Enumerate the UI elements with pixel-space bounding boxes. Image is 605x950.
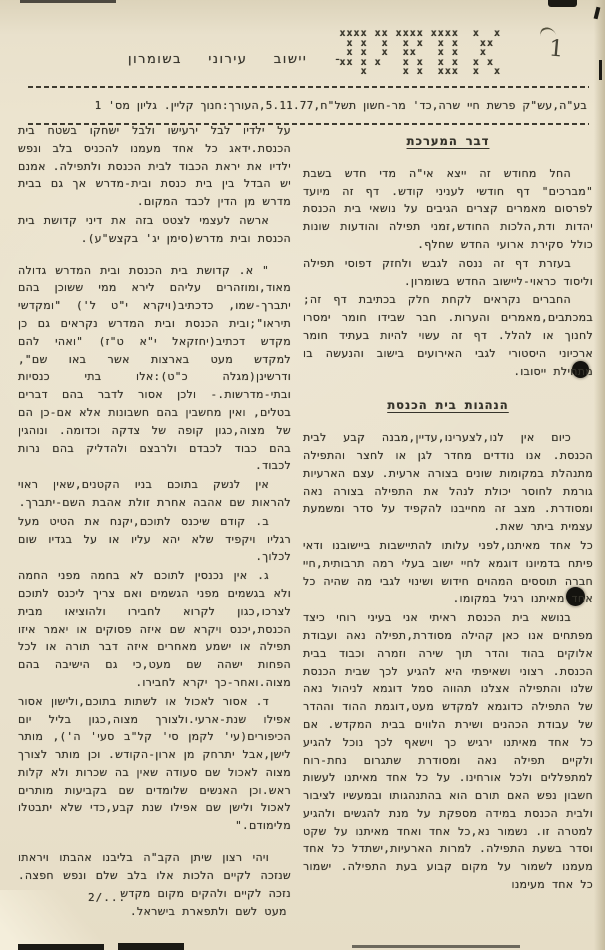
scan-artifact-bottom-line [352, 945, 520, 948]
paragraph-halacha-b: ב. קודם שיכנס לתוכם,יקנח את הטיט מעל רגל… [18, 513, 291, 566]
column-left: על ילדיו לבל ירעישו ולבל ישחקו בשטח בית … [18, 121, 291, 922]
paragraph: החל מחודש זה ייצא אי"ה מדי חדש בשבת "מבר… [303, 165, 593, 254]
masthead-logo-ascii-elkana: xxxx xx xxxx xxxx x x x x x x x x x xx x… [333, 29, 502, 77]
masthead-tagline: - יישוב עירוני בשומרון [128, 52, 343, 67]
paragraph: החברים נקראים לקחת חלק בכתיבת דף זה; במכ… [303, 291, 593, 380]
paragraph-closing-blessing: ויהי רצון שיתן הקב"ה בליבנו אהבתו ויראתו… [18, 849, 291, 902]
section-heading-synagogue-conduct: הנהגות בית הכנסת [303, 397, 593, 415]
scan-artifact-bottom [118, 943, 184, 950]
paragraph: כיום אין לנו,לצערינו,עדיין,מבנה קבע לבית… [303, 429, 593, 536]
paragraph: אין לנשק בתוכם בניו הקטנים,שאין ראוי להר… [18, 476, 291, 512]
section-heading-editorial: דבר המערכת [303, 133, 593, 151]
masthead: xxxx xx xxxx xxxx x x x x x x x x x xx x… [0, 0, 605, 122]
paragraph: כל אחד מאיתנו,לפני עלותו להתיישבות ביישו… [303, 537, 593, 608]
scan-artifact-bottom [18, 944, 104, 950]
paragraph: בנושא בית הכנסת ראיתי אני בעיני רוחי כיצ… [303, 609, 593, 894]
paper-edge-shadow [591, 0, 605, 950]
article-columns: דבר המערכת החל מחודש זה ייצא אי"ה מדי חד… [10, 121, 593, 922]
paragraph-closing-line: מעט לשם ולתפארת בישראל. [18, 903, 291, 921]
paragraph-halacha-c: ג. אין נכנסין לתוכם לא בחמה מפני החמה ול… [18, 567, 291, 692]
paragraph: ארשה לעצמי לצטט בזה את דיני קדושת בית הכ… [18, 212, 291, 248]
paragraph: על ילדיו לבל ירעישו ולבל ישחקו בשטח בית … [18, 122, 291, 211]
column-right: דבר המערכת החל מחודש זה ייצא אי"ה מדי חד… [303, 121, 593, 922]
paragraph-halacha-d: ד. אסור לאכול או לשתות בתוכם,ולישון אסור… [18, 693, 291, 835]
dashed-divider [28, 86, 589, 88]
paragraph-halacha-a: " א. קדושת בית הכנסת ובית המדרש גדולה מא… [18, 262, 291, 476]
paragraph: בעזרת דף זה ננסה לגבש ולחזק דפוסי תפילה … [303, 255, 593, 291]
masthead-info-line: בע"ה,עש"ק פרשת חיי שרה,כד' מר-חשון תשל"ח… [95, 99, 587, 112]
